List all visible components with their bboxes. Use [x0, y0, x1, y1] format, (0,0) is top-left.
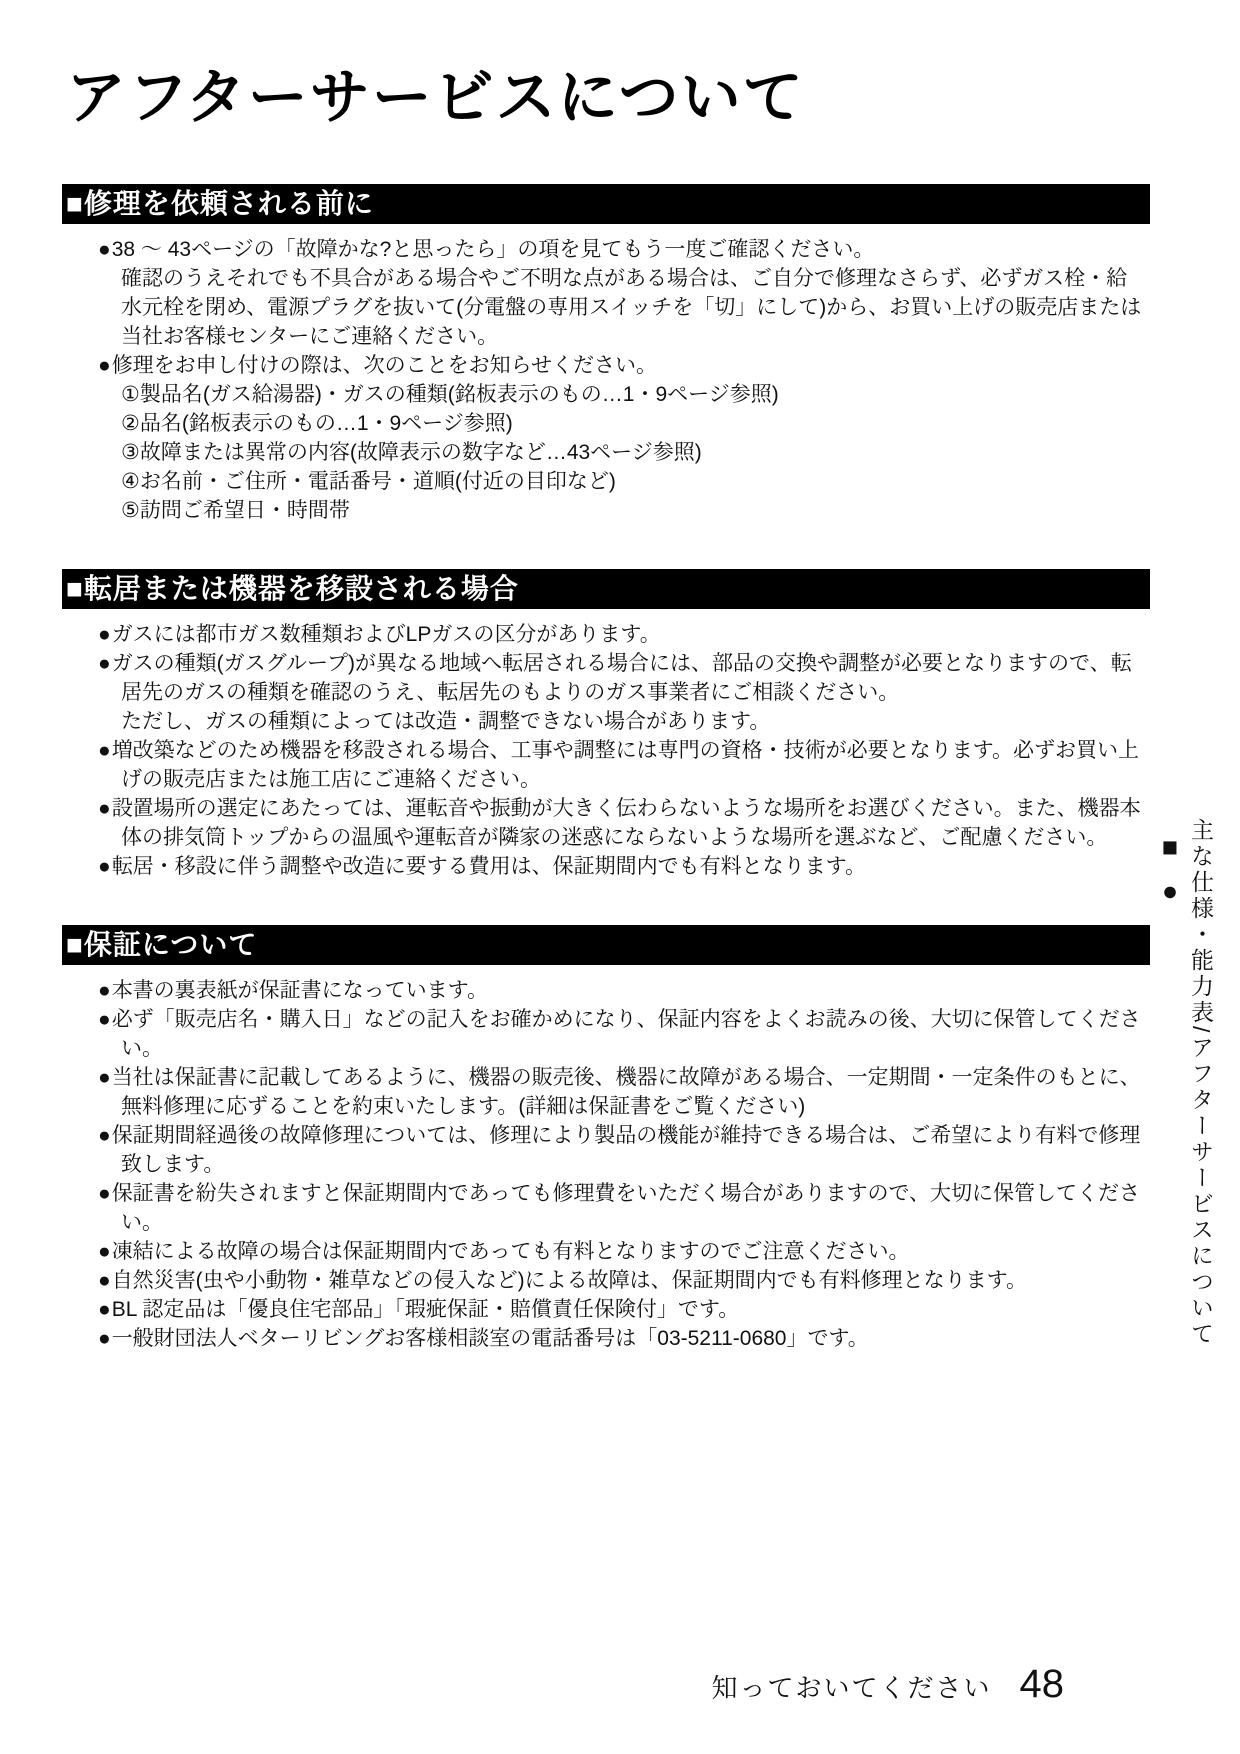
item-text: 増改築などのため機器を移設される場合、工事や調整には専門の資格・技術が必要となり… — [112, 739, 1139, 791]
bullet-marker: ● — [98, 1240, 112, 1263]
manual-page: アフターサービスについて ■修理を依頼される前に●38 〜 43ページの「故障か… — [0, 0, 1240, 1754]
bullet-item: ●保証書を紛失されますと保証期間内であっても修理費をいただく場合がありますので、… — [98, 1179, 1142, 1237]
item-text: ③故障または異常の内容(故障表示の数字など…43ページ参照) — [121, 441, 702, 464]
sections: ■修理を依頼される前に●38 〜 43ページの「故障かな?と思ったら」の項を見て… — [62, 184, 1150, 1357]
bullet-marker: ● — [98, 1327, 112, 1350]
sub-item: ②品名(銘板表示のもの…1・9ページ参照) — [98, 409, 1142, 438]
bullet-item: ●ガスの種類(ガスグループ)が異なる地域へ転居される場合には、部品の交換や調整が… — [98, 649, 1142, 736]
item-text: 本書の裏表紙が保証書になっています。 — [112, 979, 488, 1002]
section-header: ■修理を依頼される前に — [62, 184, 1150, 224]
item-text: 保証期間経過後の故障修理については、修理により製品の機能が維持できる場合は、ご希… — [112, 1124, 1141, 1176]
side-index-tab: 主な仕様・能力表/アフターサービスについて■● — [1154, 818, 1218, 1378]
bullet-marker: ● — [98, 1124, 112, 1147]
section-body: ●38 〜 43ページの「故障かな?と思ったら」の項を見てもう一度ご確認ください… — [62, 224, 1150, 529]
item-text: 自然災害(虫や小動物・雑草などの侵入など)による故障は、保証期間内でも有料修理と… — [112, 1269, 1027, 1292]
bullet-marker: ● — [98, 354, 112, 377]
side-tab-circle-icon: ● — [1154, 876, 1185, 906]
bullet-marker: ● — [98, 623, 112, 646]
item-text: 38 〜 43ページの「故障かな?と思ったら」の項を見てもう一度ご確認ください。… — [112, 238, 1142, 348]
bullet-marker: ● — [98, 797, 112, 820]
item-text: 保証書を紛失されますと保証期間内であっても修理費をいただく場合がありますので、大… — [112, 1182, 1140, 1234]
bullet-item: ●一般財団法人ベターリビングお客様相談室の電話番号は「03-5211-0680」… — [98, 1324, 1142, 1353]
bullet-marker: ● — [98, 1298, 112, 1321]
side-tab-label: 主な仕様・能力表/アフターサービスについて — [1188, 818, 1214, 1347]
bullet-marker: ● — [98, 1269, 112, 1292]
bullet-item: ●保証期間経過後の故障修理については、修理により製品の機能が維持できる場合は、ご… — [98, 1121, 1142, 1179]
bullet-item: ●38 〜 43ページの「故障かな?と思ったら」の項を見てもう一度ご確認ください… — [98, 235, 1142, 351]
sub-item: ①製品名(ガス給湯器)・ガスの種類(銘板表示のもの…1・9ページ参照) — [98, 380, 1142, 409]
item-text: ⑤訪問ご希望日・時間帯 — [121, 499, 350, 522]
bullet-marker: ● — [98, 739, 112, 762]
bullet-item: ●BL 認定品は「優良住宅部品」「瑕疵保証・賠償責任保険付」です。 — [98, 1295, 1142, 1324]
footer-section-label: 知っておいてください — [711, 1668, 991, 1705]
item-text: BL 認定品は「優良住宅部品」「瑕疵保証・賠償責任保険付」です。 — [112, 1298, 740, 1321]
item-text: ④お名前・ご住所・電話番号・道順(付近の目印など) — [121, 470, 616, 493]
page-number: 48 — [1020, 1662, 1065, 1707]
sub-item: ⑤訪問ご希望日・時間帯 — [98, 496, 1142, 525]
side-tab-square-icon: ■ — [1154, 832, 1185, 862]
bullet-item: ●必ず「販売店名・購入日」などの記入をお確かめになり、保証内容をよくお読みの後、… — [98, 1005, 1142, 1063]
bullet-item: ●増改築などのため機器を移設される場合、工事や調整には専門の資格・技術が必要とな… — [98, 736, 1142, 794]
item-text: 当社は保証書に記載してあるように、機器の販売後、機器に故障がある場合、一定期間・… — [112, 1066, 1141, 1118]
item-text: 凍結による故障の場合は保証期間内であっても有料となりますのでご注意ください。 — [112, 1240, 910, 1263]
bullet-marker: ● — [98, 1182, 112, 1205]
bullet-item: ●ガスには都市ガス数種類およびLPガスの区分があります。 — [98, 620, 1142, 649]
item-text: 一般財団法人ベターリビングお客様相談室の電話番号は「03-5211-0680」で… — [112, 1327, 869, 1350]
bullet-item: ●凍結による故障の場合は保証期間内であっても有料となりますのでご注意ください。 — [98, 1237, 1142, 1266]
item-text: 修理をお申し付けの際は、次のことをお知らせください。 — [112, 354, 657, 377]
sub-item: ③故障または異常の内容(故障表示の数字など…43ページ参照) — [98, 438, 1142, 467]
bullet-marker: ● — [98, 1066, 112, 1089]
item-text: ガスには都市ガス数種類およびLPガスの区分があります。 — [112, 623, 661, 646]
bullet-marker: ● — [98, 855, 112, 878]
item-text: 必ず「販売店名・購入日」などの記入をお確かめになり、保証内容をよくお読みの後、大… — [112, 1008, 1141, 1060]
bullet-item: ●本書の裏表紙が保証書になっています。 — [98, 976, 1142, 1005]
item-text: 設置場所の選定にあたっては、運転音や振動が大きく伝わらないような場所をお選びくだ… — [112, 797, 1141, 849]
section-header: ■転居または機器を移設される場合 — [62, 569, 1150, 609]
page-content: アフターサービスについて ■修理を依頼される前に●38 〜 43ページの「故障か… — [62, 56, 1150, 1357]
bullet-marker: ● — [98, 979, 112, 1002]
bullet-marker: ● — [98, 238, 112, 261]
item-text: ①製品名(ガス給湯器)・ガスの種類(銘板表示のもの…1・9ページ参照) — [121, 383, 779, 406]
section-body: ●本書の裏表紙が保証書になっています。●必ず「販売店名・購入日」などの記入をお確… — [62, 965, 1150, 1357]
item-text: ガスの種類(ガスグループ)が異なる地域へ転居される場合には、部品の交換や調整が必… — [112, 652, 1132, 733]
bullet-item: ●修理をお申し付けの際は、次のことをお知らせください。 — [98, 351, 1142, 380]
section-body: ●ガスには都市ガス数種類およびLPガスの区分があります。●ガスの種類(ガスグルー… — [62, 609, 1150, 885]
bullet-item: ●設置場所の選定にあたっては、運転音や振動が大きく伝わらないような場所をお選びく… — [98, 794, 1142, 852]
page-title: アフターサービスについて — [66, 56, 1150, 140]
section-header: ■保証について — [62, 925, 1150, 965]
item-text: 転居・移設に伴う調整や改造に要する費用は、保証期間内でも有料となります。 — [112, 855, 866, 878]
sub-item: ④お名前・ご住所・電話番号・道順(付近の目印など) — [98, 467, 1142, 496]
bullet-marker: ● — [98, 1008, 112, 1031]
bullet-item: ●転居・移設に伴う調整や改造に要する費用は、保証期間内でも有料となります。 — [98, 852, 1142, 881]
item-text: ②品名(銘板表示のもの…1・9ページ参照) — [121, 412, 513, 435]
page-footer: 知っておいてください 48 — [711, 1662, 1064, 1707]
bullet-item: ●自然災害(虫や小動物・雑草などの侵入など)による故障は、保証期間内でも有料修理… — [98, 1266, 1142, 1295]
bullet-item: ●当社は保証書に記載してあるように、機器の販売後、機器に故障がある場合、一定期間… — [98, 1063, 1142, 1121]
bullet-marker: ● — [98, 652, 112, 675]
